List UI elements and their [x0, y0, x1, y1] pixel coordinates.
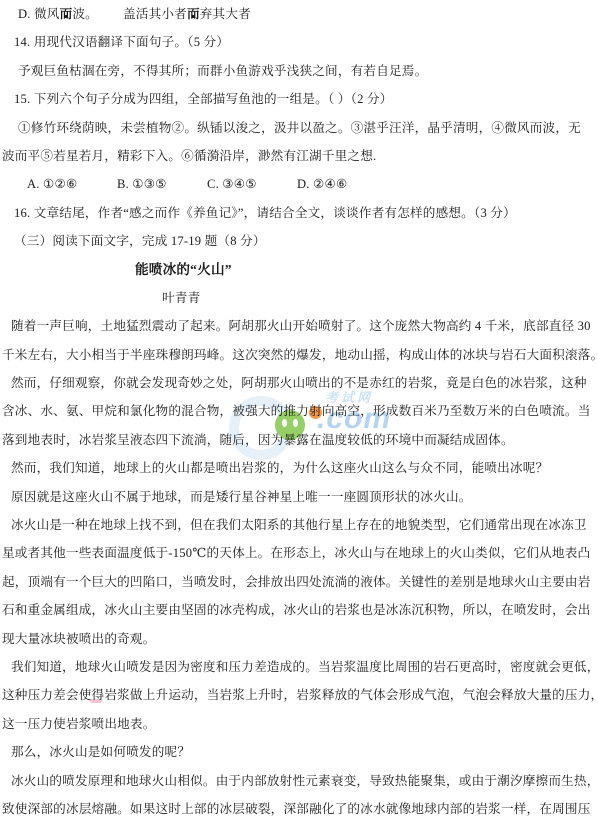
emphasized-char: 而 [187, 7, 200, 21]
article-line: 冰火山是一种在地球上找不到，但在我们太阳系的其他行星上存在的地貌类型，它们通常出… [0, 511, 598, 539]
option-d-text-1: D. 微风 [18, 7, 60, 21]
option-d-text-4: 弃其大者 [200, 7, 251, 21]
q15-option-C: C. ③④⑤ [207, 170, 297, 198]
question-15-sentences-line-2: 波而平⑤若星若月，精彩下入。⑥循漪沿岸，渺然有江湖千里之想. [0, 142, 598, 170]
article-author: 叶青青 [0, 284, 598, 312]
article-line: 这种压力差会使得岩浆做上升运动，当岩浆上升时，岩浆释放的气体会形成气泡，气泡会释… [0, 681, 598, 709]
article-line: 原因就是这座火山不属于地球，而是矮行星谷神星上唯一一座圆顶形状的冰火山。 [0, 483, 598, 511]
article-line: 随着一声巨响，土地猛烈震动了起来。阿胡那火山开始喷射了。这个庞然大物高约 4 千… [0, 312, 598, 340]
question-14: 14. 用现代汉语翻译下面句子。（5 分） [0, 28, 598, 56]
option-d-text-3: 盖活其小者 [123, 7, 187, 21]
question-15-sentences-line-1: ①修竹环绕荫映，未尝植物②。纵锸以浚之，汲井以盈之。③湛乎汪洋，晶乎清明，④微风… [0, 114, 598, 142]
article-line: 冰火山的喷发原理和地球火山相似。由于内部放射性元素衰变，导致热能聚集，或由于潮汐… [0, 767, 598, 795]
question-14-sentence: 予观巨鱼枯涸在旁，不得其所；而群小鱼游戏乎浅狭之间，有若自足焉。 [0, 57, 598, 85]
question-15: 15. 下列六个句子分成为四组，全部描写鱼池的一组是。（ ）（2 分） [0, 85, 598, 113]
article-title: 能喷冰的“火山” [0, 256, 598, 284]
article-line: 千米左右，大小相当于半座珠穆朗玛峰。这次突然的爆发，地动山摇，构成山体的冰块与岩… [0, 341, 598, 369]
article-line: 起，顶端有一个巨大的凹陷口，当喷发时，会排放出四处流淌的液体。关键性的差别是地球… [0, 568, 598, 596]
article-line: 星或者其他一些表面温度低于-150℃的天体上。在形态上，冰火山与在地球上的火山类… [0, 539, 598, 567]
article-line: 石和重金属组成，冰火山主要由坚固的冰壳构成，冰火山的岩浆也是冰冻沉积物，所以，在… [0, 596, 598, 624]
q15-option-A: A. ①②⑥ [27, 170, 117, 198]
document-content: D. 微风而波。盖活其小者而弃其大者 14. 用现代汉语翻译下面句子。（5 分）… [0, 0, 598, 822]
question-15-options: A. ①②⑥B. ①③⑤C. ③④⑤D. ②④⑥ [0, 170, 598, 198]
question-16: 16. 文章结尾，作者“感之而作《养鱼记》”，请结合全文，谈谈作者有怎样的感想。… [0, 199, 598, 227]
option-d-text-2: 波。 [72, 7, 98, 21]
q15-option-B: B. ①③⑤ [117, 170, 207, 198]
section-3-heading: （三）阅读下面文字，完成 17-19 题（8 分） [0, 227, 598, 255]
option-d-line: D. 微风而波。盖活其小者而弃其大者 [0, 0, 598, 28]
article-line: 这一压力使岩浆喷出地表。 [0, 710, 598, 738]
article-line: 然而，我们知道，地球上的火山都是喷出岩浆的，为什么这座火山这么与众不同，能喷出冰… [0, 454, 598, 482]
article-line: 那么，冰火山是如何喷发的呢？ [0, 738, 598, 766]
article-line: 落到地表时，冰岩浆呈液态四下流淌，随后，因为暴露在温度较低的环境中而凝结成固体。 [0, 426, 598, 454]
article-line: 然而，仔细观察，你就会发现奇妙之处，阿胡那火山喷出的不是赤红的岩浆，竟是白色的冰… [0, 369, 598, 397]
article-line: 我们知道，地球火山喷发是因为密度和压力差造成的。当岩浆温度比周围的岩石更高时，密… [0, 653, 598, 681]
q15-option-D: D. ②④⑥ [297, 170, 347, 198]
document-page: 考试网 .com D. 微风而波。盖活其小者而弃其大者 14. 用现代汉语翻译下… [0, 0, 598, 822]
emphasized-char: 而 [60, 7, 73, 21]
article-body: 随着一声巨响，土地猛烈震动了起来。阿胡那火山开始喷射了。这个庞然大物高约 4 千… [0, 312, 598, 822]
article-line: 致使深部的冰层熔融。如果这时上部的冰层破裂，深部融化了的冰水就像地球内部的岩浆一… [0, 795, 598, 822]
article-line: 现大量冰块被喷出的奇观。 [0, 625, 598, 653]
article-line: 含冰、水、氨、甲烷和氯化物的混合物，被强大的推力射向高空，形成数百米乃至数万米的… [0, 397, 598, 425]
